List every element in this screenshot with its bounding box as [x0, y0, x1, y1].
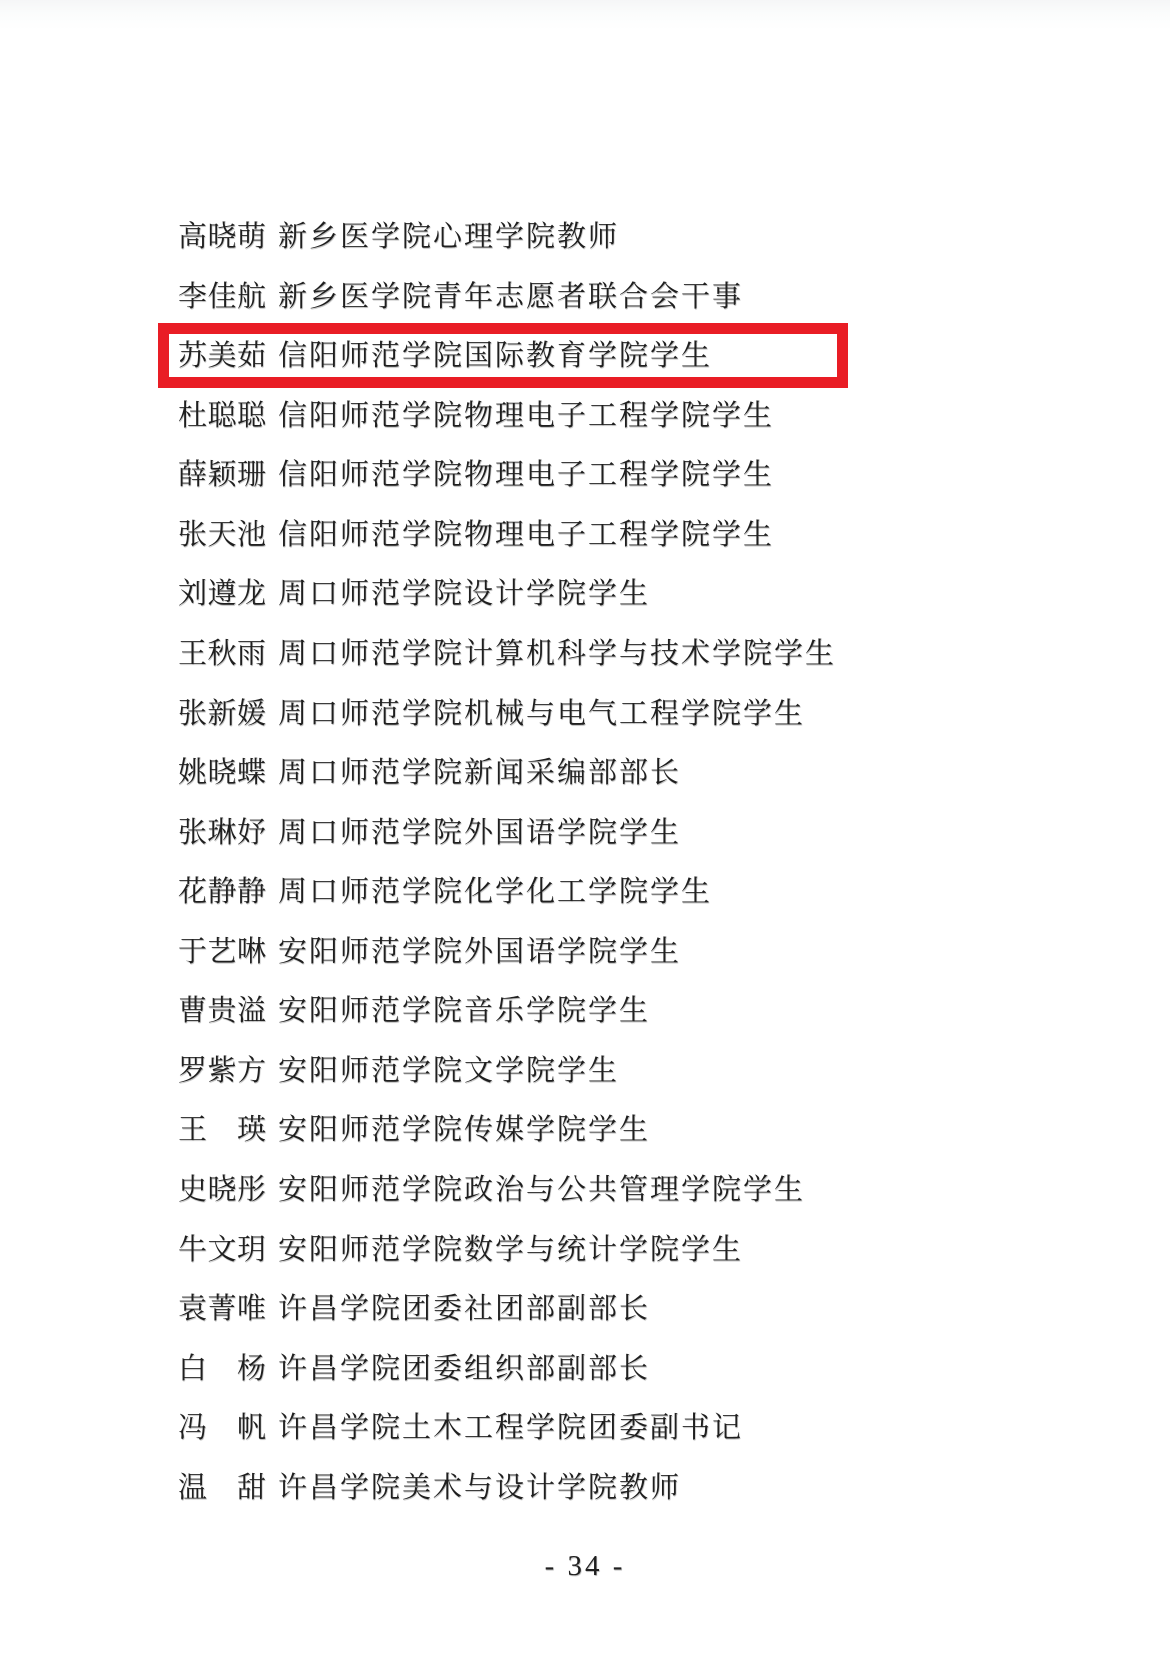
page-number: - 34 -: [0, 1551, 1170, 1581]
table-row: 曹贵溢 安阳师范学院音乐学院学生: [178, 996, 836, 1056]
personnel-roster: 高晓萌 新乡医学院心理学院教师 李佳航 新乡医学院青年志愿者联合会干事 苏美茹 …: [178, 222, 836, 1532]
member-name: 苏美茹: [178, 341, 278, 371]
member-affiliation: 安阳师范学院政治与公共管理学院学生: [278, 1175, 805, 1205]
table-row: 薛颖珊 信阳师范学院物理电子工程学院学生: [178, 460, 836, 520]
member-affiliation: 周口师范学院新闻采编部部长: [278, 758, 681, 788]
member-affiliation: 周口师范学院设计学院学生: [278, 579, 650, 609]
document-page: 高晓萌 新乡医学院心理学院教师 李佳航 新乡医学院青年志愿者联合会干事 苏美茹 …: [0, 0, 1170, 1656]
table-row: 冯 帆 许昌学院土木工程学院团委副书记: [178, 1413, 836, 1473]
table-row: 罗紫方 安阳师范学院文学院学生: [178, 1056, 836, 1116]
member-name: 张天池: [178, 520, 278, 550]
table-row: 刘遵龙 周口师范学院设计学院学生: [178, 579, 836, 639]
table-row: 于艺啉 安阳师范学院外国语学院学生: [178, 937, 836, 997]
member-affiliation: 周口师范学院计算机科学与技术学院学生: [278, 639, 836, 669]
member-name: 薛颖珊: [178, 460, 278, 490]
table-row: 袁菁唯 许昌学院团委社团部副部长: [178, 1294, 836, 1354]
member-affiliation: 新乡医学院心理学院教师: [278, 222, 619, 252]
member-name: 曹贵溢: [178, 996, 278, 1026]
member-name: 杜聪聪: [178, 401, 278, 431]
member-name: 史晓彤: [178, 1175, 278, 1205]
table-row: 温 甜 许昌学院美术与设计学院教师: [178, 1473, 836, 1533]
member-affiliation: 许昌学院土木工程学院团委副书记: [278, 1413, 743, 1443]
member-name: 罗紫方: [178, 1056, 278, 1086]
table-row: 杜聪聪 信阳师范学院物理电子工程学院学生: [178, 401, 836, 461]
table-row: 张天池 信阳师范学院物理电子工程学院学生: [178, 520, 836, 580]
member-name: 花静静: [178, 877, 278, 907]
member-affiliation: 周口师范学院外国语学院学生: [278, 818, 681, 848]
member-name: 姚晓蝶: [178, 758, 278, 788]
member-affiliation: 新乡医学院青年志愿者联合会干事: [278, 282, 743, 312]
table-row: 王秋雨 周口师范学院计算机科学与技术学院学生: [178, 639, 836, 699]
member-affiliation: 周口师范学院化学化工学院学生: [278, 877, 712, 907]
member-affiliation: 信阳师范学院物理电子工程学院学生: [278, 520, 774, 550]
member-name: 牛文玥: [178, 1235, 278, 1265]
member-affiliation: 安阳师范学院文学院学生: [278, 1056, 619, 1086]
member-name: 王 瑛: [178, 1115, 278, 1145]
table-row: 牛文玥 安阳师范学院数学与统计学院学生: [178, 1235, 836, 1295]
member-affiliation: 信阳师范学院物理电子工程学院学生: [278, 460, 774, 490]
member-affiliation: 安阳师范学院音乐学院学生: [278, 996, 650, 1026]
table-row: 花静静 周口师范学院化学化工学院学生: [178, 877, 836, 937]
member-affiliation: 许昌学院美术与设计学院教师: [278, 1473, 681, 1503]
table-row: 史晓彤 安阳师范学院政治与公共管理学院学生: [178, 1175, 836, 1235]
table-row: 张新媛 周口师范学院机械与电气工程学院学生: [178, 699, 836, 759]
member-affiliation: 安阳师范学院传媒学院学生: [278, 1115, 650, 1145]
member-affiliation: 安阳师范学院数学与统计学院学生: [278, 1235, 743, 1265]
member-name: 白 杨: [178, 1354, 278, 1384]
member-name: 冯 帆: [178, 1413, 278, 1443]
member-name: 李佳航: [178, 282, 278, 312]
member-affiliation: 信阳师范学院物理电子工程学院学生: [278, 401, 774, 431]
table-row: 张琳妤 周口师范学院外国语学院学生: [178, 818, 836, 878]
member-name: 于艺啉: [178, 937, 278, 967]
member-name: 王秋雨: [178, 639, 278, 669]
member-affiliation: 安阳师范学院外国语学院学生: [278, 937, 681, 967]
table-row: 姚晓蝶 周口师范学院新闻采编部部长: [178, 758, 836, 818]
table-row: 高晓萌 新乡医学院心理学院教师: [178, 222, 836, 282]
member-affiliation: 信阳师范学院国际教育学院学生: [278, 341, 712, 371]
member-name: 张新媛: [178, 699, 278, 729]
member-name: 张琳妤: [178, 818, 278, 848]
page-top-edge-shading: [0, 0, 1170, 30]
member-affiliation: 许昌学院团委社团部副部长: [278, 1294, 650, 1324]
table-row: 王 瑛 安阳师范学院传媒学院学生: [178, 1115, 836, 1175]
table-row-highlighted: 苏美茹 信阳师范学院国际教育学院学生: [178, 341, 836, 401]
member-affiliation: 许昌学院团委组织部副部长: [278, 1354, 650, 1384]
member-name: 刘遵龙: [178, 579, 278, 609]
table-row: 李佳航 新乡医学院青年志愿者联合会干事: [178, 282, 836, 342]
member-name: 温 甜: [178, 1473, 278, 1503]
member-name: 高晓萌: [178, 222, 278, 252]
member-name: 袁菁唯: [178, 1294, 278, 1324]
member-affiliation: 周口师范学院机械与电气工程学院学生: [278, 699, 805, 729]
table-row: 白 杨 许昌学院团委组织部副部长: [178, 1354, 836, 1414]
